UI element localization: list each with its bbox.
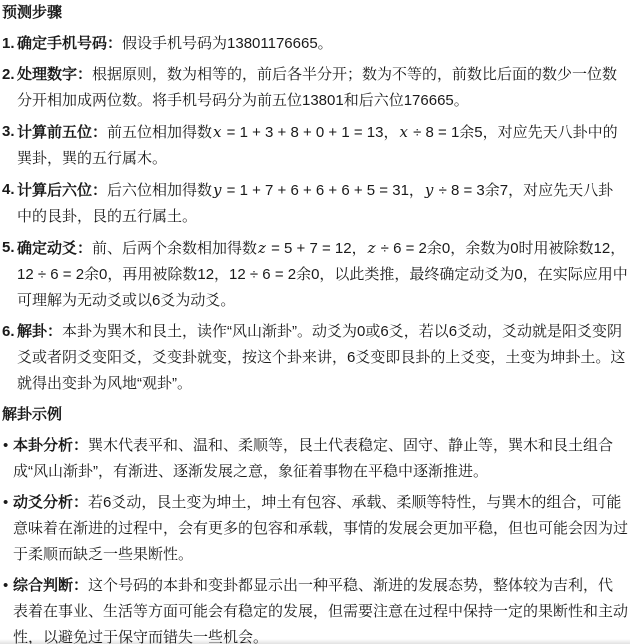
item-number: 6.	[2, 319, 15, 345]
item-body: 动爻分析：若6爻动，艮土变为坤土，坤土有包容、承载、柔顺等特性，与巽木的组合，可…	[13, 494, 628, 563]
item-label: 处理数字：	[17, 66, 92, 83]
item-label: 解卦：	[17, 323, 62, 340]
text-run: = 1 + 3 + 8 + 0 + 1 = 13，	[223, 124, 399, 141]
section-heading: 解卦示例	[2, 402, 628, 428]
numbered-list-item: 5.确定动爻：前、后两个余数相加得数z = 5 + 7 = 12，z ÷ 6 =…	[2, 235, 628, 314]
item-number: 5.	[2, 235, 15, 261]
text-run: 后六位相加得数	[107, 182, 212, 199]
item-body: 解卦：本卦为巽木和艮土，读作“风山渐卦”。动爻为0或6爻，若以6爻动，爻动就是阳…	[17, 323, 625, 392]
numbered-list-item: 4.计算后六位：后六位相加得数y = 1 + 7 + 6 + 6 + 6 + 5…	[2, 177, 628, 230]
item-label: 确定手机号码：	[17, 35, 122, 52]
numbered-list-item: 1.确定手机号码：假设手机号码为13801176665。	[2, 31, 628, 57]
item-label: 计算后六位：	[17, 182, 107, 199]
text-run: 前五位相加得数	[107, 124, 212, 141]
item-body: 确定动爻：前、后两个余数相加得数z = 5 + 7 = 12，z ÷ 6 = 2…	[17, 240, 628, 309]
bullet-list-item: •本卦分析：巽木代表平和、温和、柔顺等，艮土代表稳定、固守、静止等，巽木和艮土组…	[2, 433, 628, 485]
item-label: 确定动爻：	[17, 240, 92, 257]
item-number: 2.	[2, 62, 15, 88]
bullet-list-item: •综合判断：这个号码的本卦和变卦都显示出一种平稳、渐进的发展态势，整体较为吉利，…	[2, 573, 628, 644]
document: 预测步骤1.确定手机号码：假设手机号码为13801176665。2.处理数字：根…	[0, 0, 630, 644]
item-body: 计算前五位：前五位相加得数x = 1 + 3 + 8 + 0 + 1 = 13，…	[17, 124, 618, 167]
numbered-list-item: 2.处理数字：根据原则，数为相等的，前后各半分开；数为不等的，前数比后面的数少一…	[2, 62, 628, 114]
numbered-list-item: 3.计算前五位：前五位相加得数x = 1 + 3 + 8 + 0 + 1 = 1…	[2, 119, 628, 172]
math-variable: x	[398, 123, 408, 141]
math-variable: z	[257, 239, 267, 257]
item-number: 4.	[2, 177, 15, 203]
text-run: 若6爻动，艮土变为坤土，坤土有包容、承载、柔顺等特性，与巽木的组合，可能意味着在…	[13, 494, 628, 563]
item-label: 动爻分析：	[13, 494, 88, 511]
item-number: 3.	[2, 119, 15, 145]
bullet-icon: •	[3, 573, 8, 599]
math-variable: x	[212, 123, 222, 141]
math-variable: y	[212, 181, 222, 199]
text-run: 巽木代表平和、温和、柔顺等，艮土代表稳定、固守、静止等，巽木和艮土组合成“风山渐…	[13, 437, 613, 480]
numbered-list-item: 6.解卦：本卦为巽木和艮土，读作“风山渐卦”。动爻为0或6爻，若以6爻动，爻动就…	[2, 319, 628, 397]
item-body: 处理数字：根据原则，数为相等的，前后各半分开；数为不等的，前数比后面的数少一位数…	[17, 66, 617, 109]
item-label: 综合判断：	[13, 577, 88, 594]
text-run: 根据原则，数为相等的，前后各半分开；数为不等的，前数比后面的数少一位数分开相加成…	[17, 66, 617, 109]
item-label: 本卦分析：	[13, 437, 88, 454]
math-variable: y	[424, 181, 434, 199]
text-run: = 5 + 7 = 12，	[267, 240, 367, 257]
bullet-list-item: •动爻分析：若6爻动，艮土变为坤土，坤土有包容、承载、柔顺等特性，与巽木的组合，…	[2, 490, 628, 568]
text-run: 这个号码的本卦和变卦都显示出一种平稳、渐进的发展态势，整体较为吉利，代表着在事业…	[13, 577, 628, 644]
text-run: 本卦为巽木和艮土，读作“风山渐卦”。动爻为0或6爻，若以6爻动，爻动就是阳爻变阴…	[17, 323, 625, 392]
text-run: 假设手机号码为13801176665。	[122, 35, 333, 52]
bullet-icon: •	[3, 433, 8, 459]
math-variable: z	[367, 239, 377, 257]
bullet-icon: •	[3, 490, 8, 516]
section-heading: 预测步骤	[2, 0, 628, 26]
item-body: 计算后六位：后六位相加得数y = 1 + 7 + 6 + 6 + 6 + 5 =…	[17, 182, 613, 225]
item-body: 确定手机号码：假设手机号码为13801176665。	[17, 35, 333, 52]
item-number: 1.	[2, 31, 15, 57]
item-body: 本卦分析：巽木代表平和、温和、柔顺等，艮土代表稳定、固守、静止等，巽木和艮土组合…	[13, 437, 613, 480]
item-body: 综合判断：这个号码的本卦和变卦都显示出一种平稳、渐进的发展态势，整体较为吉利，代…	[13, 577, 628, 644]
text-run: = 1 + 7 + 6 + 6 + 6 + 5 = 31，	[223, 182, 424, 199]
item-label: 计算前五位：	[17, 124, 107, 141]
text-run: 前、后两个余数相加得数	[92, 240, 257, 257]
